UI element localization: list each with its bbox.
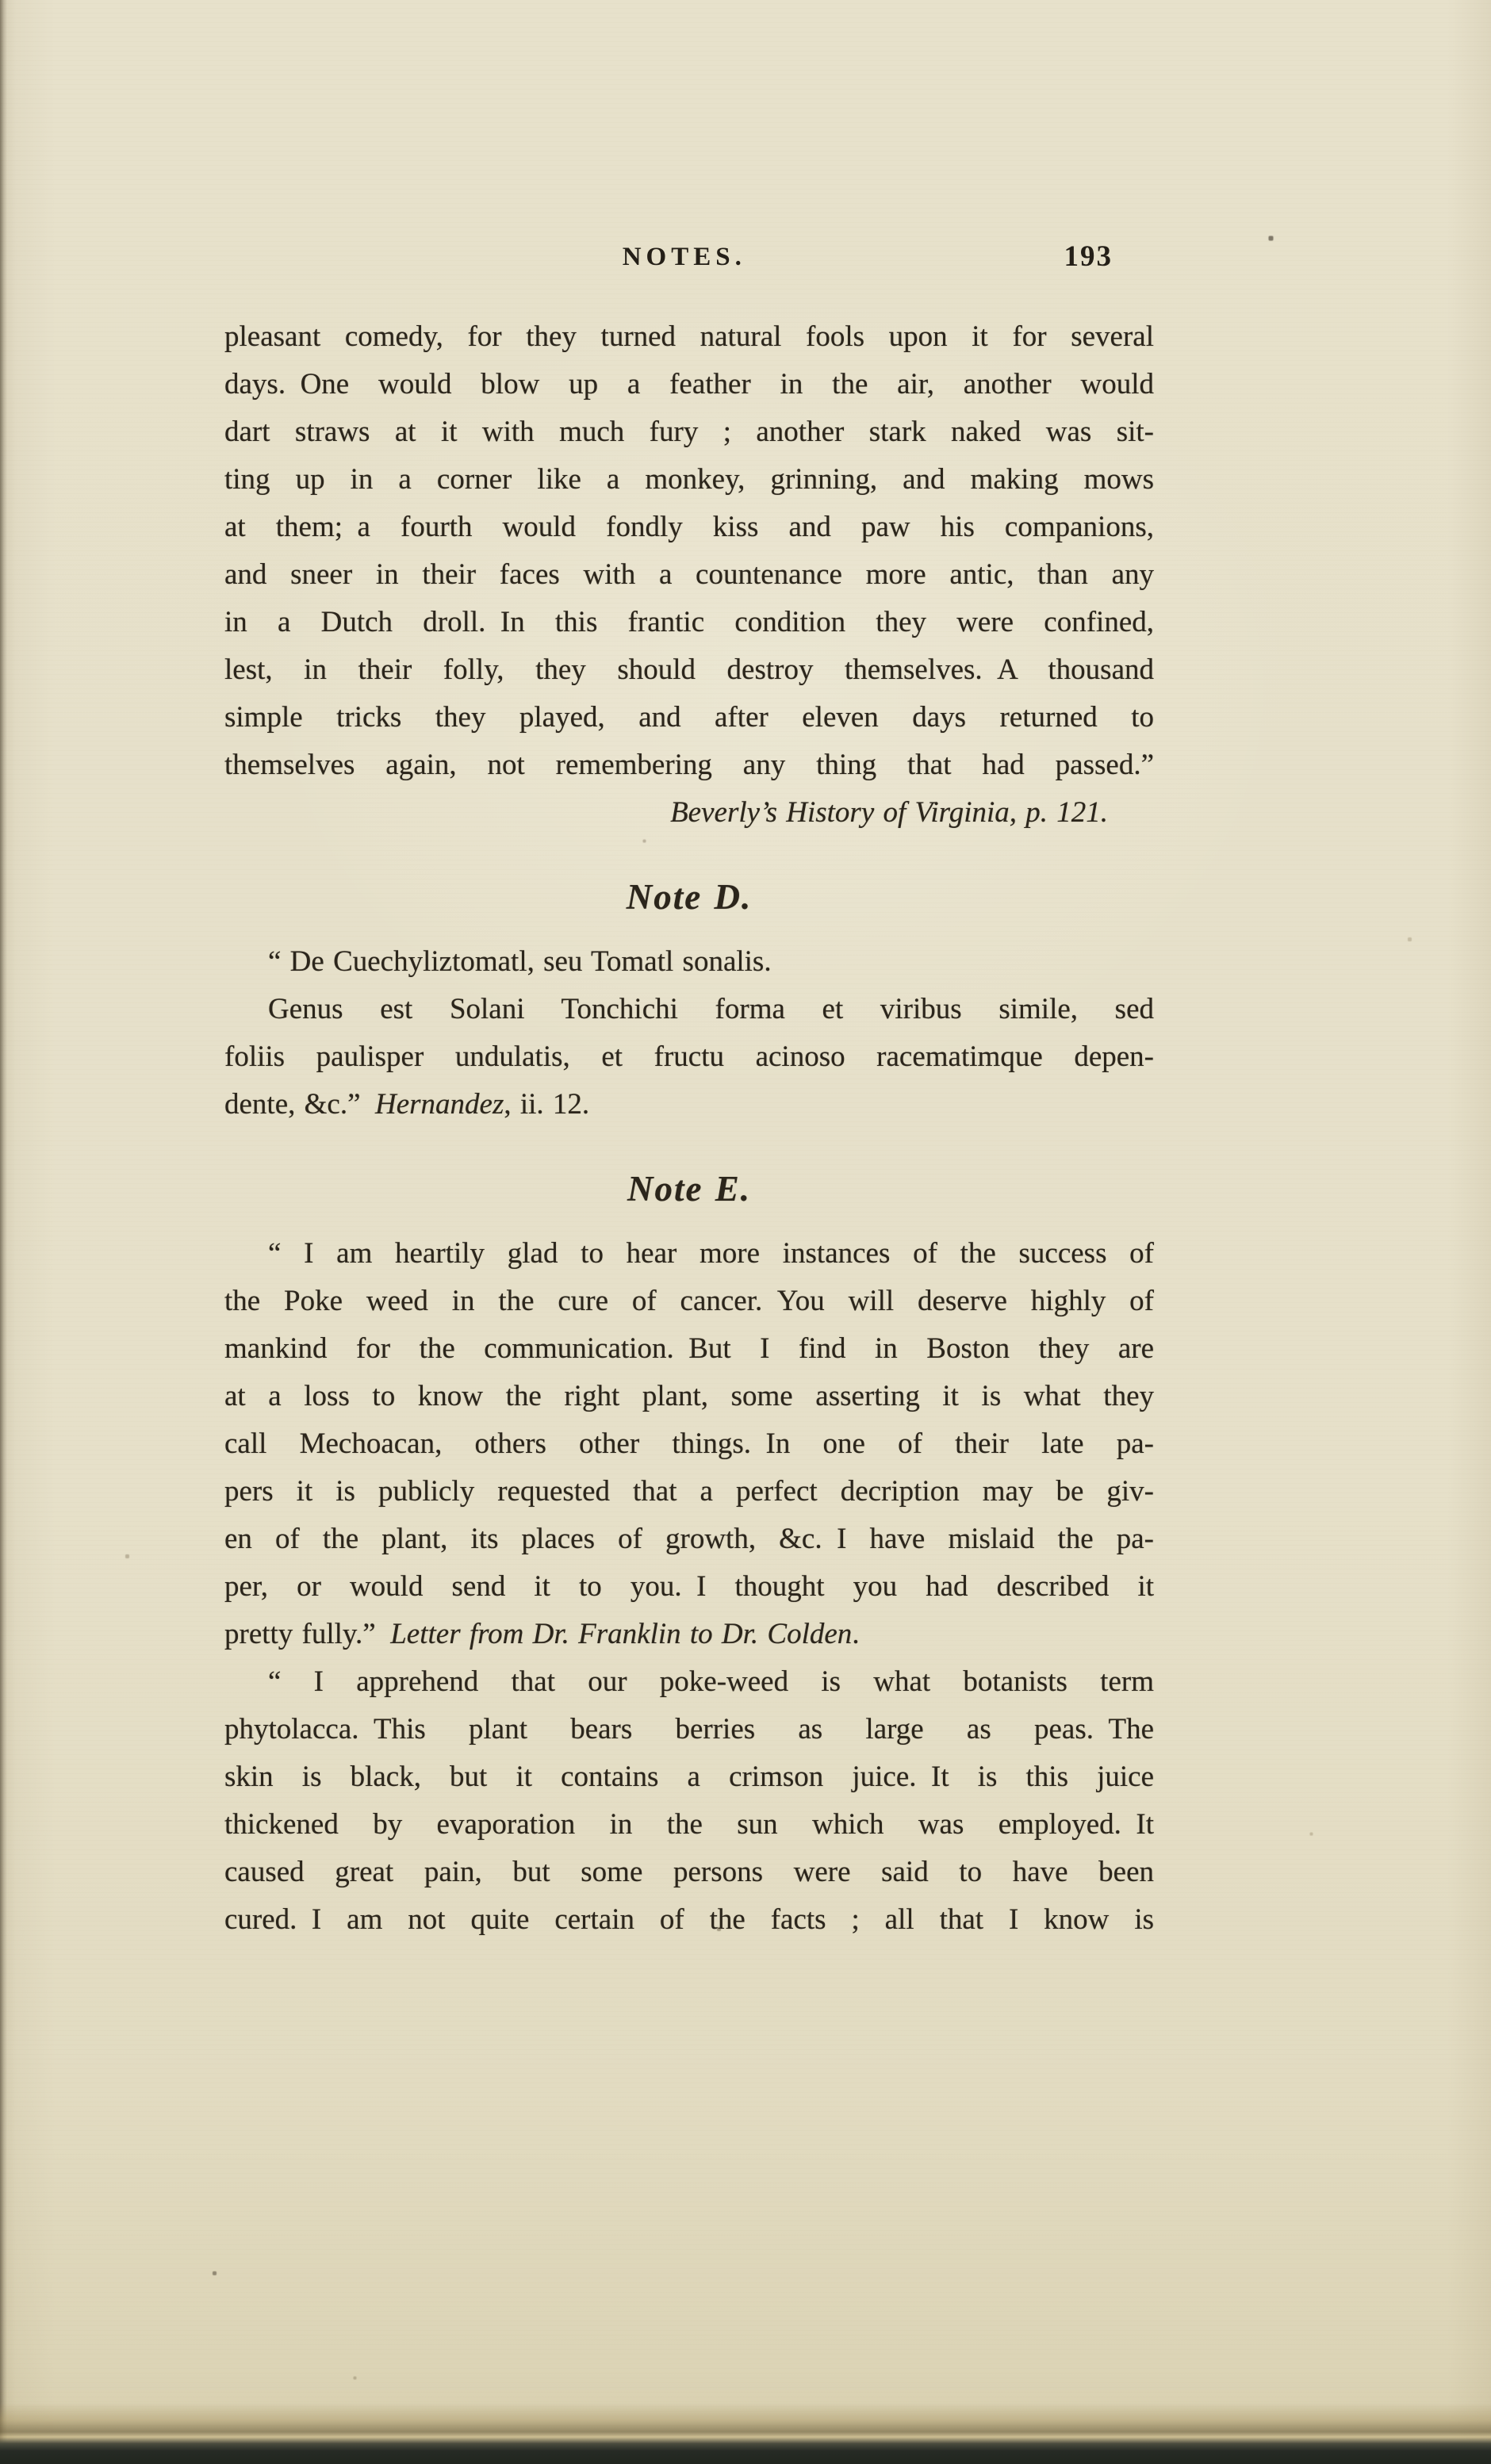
text-line: cured. I am not quite certain of the fac… — [224, 1896, 1154, 1944]
left-page-edge-shadow — [0, 0, 7, 2464]
text-line: dente, &c.” Hernandez, ii. 12. — [224, 1081, 1154, 1129]
text-line: days. One would blow up a feather in the… — [224, 361, 1154, 408]
text-line: thickened by evaporation in the sun whic… — [224, 1801, 1154, 1849]
text-line: en of the plant, its places of growth, &… — [224, 1516, 1154, 1563]
text-run: dente, &c.” — [224, 1088, 375, 1121]
text-line: at them; a fourth would fondly kiss and … — [224, 504, 1154, 551]
text-line: pretty fully.” Letter from Dr. Franklin … — [224, 1611, 1154, 1658]
text-line: pers it is publicly requested that a per… — [224, 1468, 1154, 1516]
italic-text: Hernandez — [375, 1088, 504, 1121]
text-line: simple tricks they played, and after ele… — [224, 694, 1154, 741]
text-line: themselves again, not remembering any th… — [224, 741, 1154, 789]
text-line: phytolacca. This plant bears berries as … — [224, 1706, 1154, 1753]
text-line: pleasant comedy, for they turned natural… — [224, 313, 1154, 361]
book-page: NOTES. 193 pleasant comedy, for they tur… — [0, 0, 1491, 2464]
italic-text: Beverly’s History of Virginia, p. 121. — [670, 796, 1108, 829]
paragraph: pleasant comedy, for they turned natural… — [224, 313, 1154, 789]
text-run: , ii. 12. — [504, 1088, 589, 1121]
text-line: the Poke weed in the cure of cancer. You… — [224, 1278, 1154, 1325]
citation-line: Beverly’s History of Virginia, p. 121. — [224, 789, 1154, 837]
italic-text: Letter from Dr. Franklin to Dr. Colden — [390, 1618, 852, 1650]
running-head: NOTES. 193 — [224, 243, 1154, 282]
page-title: NOTES. — [623, 243, 746, 272]
text-line: ting up in a corner like a monkey, grinn… — [224, 456, 1154, 504]
text-line: per, or would send it to you. I thought … — [224, 1563, 1154, 1611]
paragraph: “ I am heartily glad to hear more instan… — [224, 1230, 1154, 1658]
text-run: . — [852, 1618, 859, 1650]
text-line: Genus est Solani Tonchichi forma et viri… — [224, 986, 1154, 1033]
text-line: “ I am heartily glad to hear more instan… — [224, 1230, 1154, 1278]
text-line: foliis paulisper undulatis, et fructu ac… — [224, 1033, 1154, 1081]
bottom-page-edge — [0, 2391, 1491, 2464]
text-line: “ I apprehend that our poke-weed is what… — [224, 1658, 1154, 1706]
page-number: 193 — [1064, 240, 1113, 274]
paragraph: “ De Cuechyliztomatl, seu Tomatl sonalis… — [224, 938, 1154, 986]
note-heading: Note E. — [224, 1165, 1154, 1213]
paragraph: “ I apprehend that our poke-weed is what… — [224, 1658, 1154, 1944]
text-line: dart straws at it with much fury ; anoth… — [224, 408, 1154, 456]
text-line: lest, in their folly, they should destro… — [224, 646, 1154, 694]
text-line: skin is black, but it contains a crimson… — [224, 1753, 1154, 1801]
text-line: caused great pain, but some persons were… — [224, 1849, 1154, 1896]
text-line: mankind for the communication. But I fin… — [224, 1325, 1154, 1373]
text-line: in a Dutch droll. In this frantic condit… — [224, 599, 1154, 646]
paragraph: Genus est Solani Tonchichi forma et viri… — [224, 986, 1154, 1129]
text-line: at a loss to know the right plant, some … — [224, 1373, 1154, 1420]
text-line: call Mechoacan, others other things. In … — [224, 1420, 1154, 1468]
text-line: and sneer in their faces with a countena… — [224, 551, 1154, 599]
text-line: “ De Cuechyliztomatl, seu Tomatl sonalis… — [224, 938, 1154, 986]
note-heading: Note D. — [224, 873, 1154, 921]
page-body: pleasant comedy, for they turned natural… — [224, 313, 1154, 1944]
text-run: pretty fully.” — [224, 1618, 390, 1650]
